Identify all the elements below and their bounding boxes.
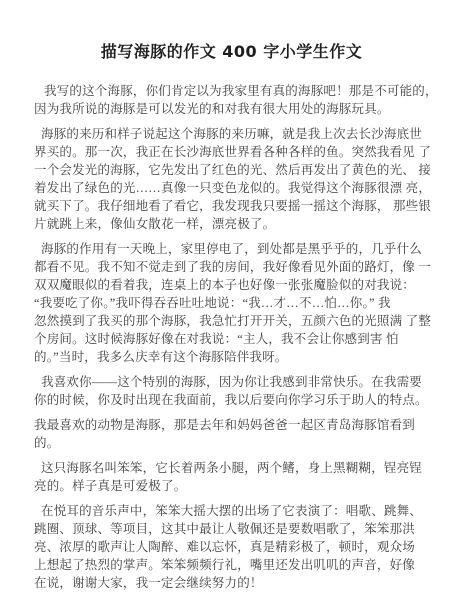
essay-paragraph-blackout: 海豚的作用有一天晚上，家里停电了，到处都是黑乎乎的，几乎什么 都看不见。我不知不… <box>34 240 458 366</box>
essay-title: 描写海豚的作文 400 字小学生作文 <box>0 42 463 62</box>
essay-paragraph-affection: 我喜欢你——这个特别的海豚，因为你让我感到非常快乐。在我需要 你的时候，你及时出… <box>34 373 458 409</box>
essay-body: 我写的这个海豚，你们肯定以为我家里有真的海豚吧！那是不可能的， 因为我所说的海豚… <box>34 82 458 599</box>
essay-paragraph-favorite-animal: 我最喜欢的动物是海豚，那是去年和妈妈爸爸一起区青岛海豚馆看到 的。 <box>34 416 458 452</box>
essay-page: 描写海豚的作文 400 字小学生作文 我写的这个海豚，你们肯定以为我家里有真的海… <box>0 0 463 600</box>
essay-paragraph-benben-look: 这只海豚名叫笨笨，它长着两条小腿，两个鳍，身上黑糊糊，锃亮锃 亮的。样子真是可爱… <box>34 459 458 495</box>
essay-paragraph-performance: 在悦耳的音乐声中，笨笨大摇大摆的出场了它表演了：唱歌、跳舞、 跳圈、顶球、等项目… <box>34 502 458 592</box>
essay-paragraph-origin: 海豚的来历和样子说起这个海豚的来历嘛，就是我上次去长沙海底世 界买的。那一次，我… <box>34 125 458 233</box>
essay-paragraph-intro: 我写的这个海豚，你们肯定以为我家里有真的海豚吧！那是不可能的， 因为我所说的海豚… <box>34 82 458 118</box>
